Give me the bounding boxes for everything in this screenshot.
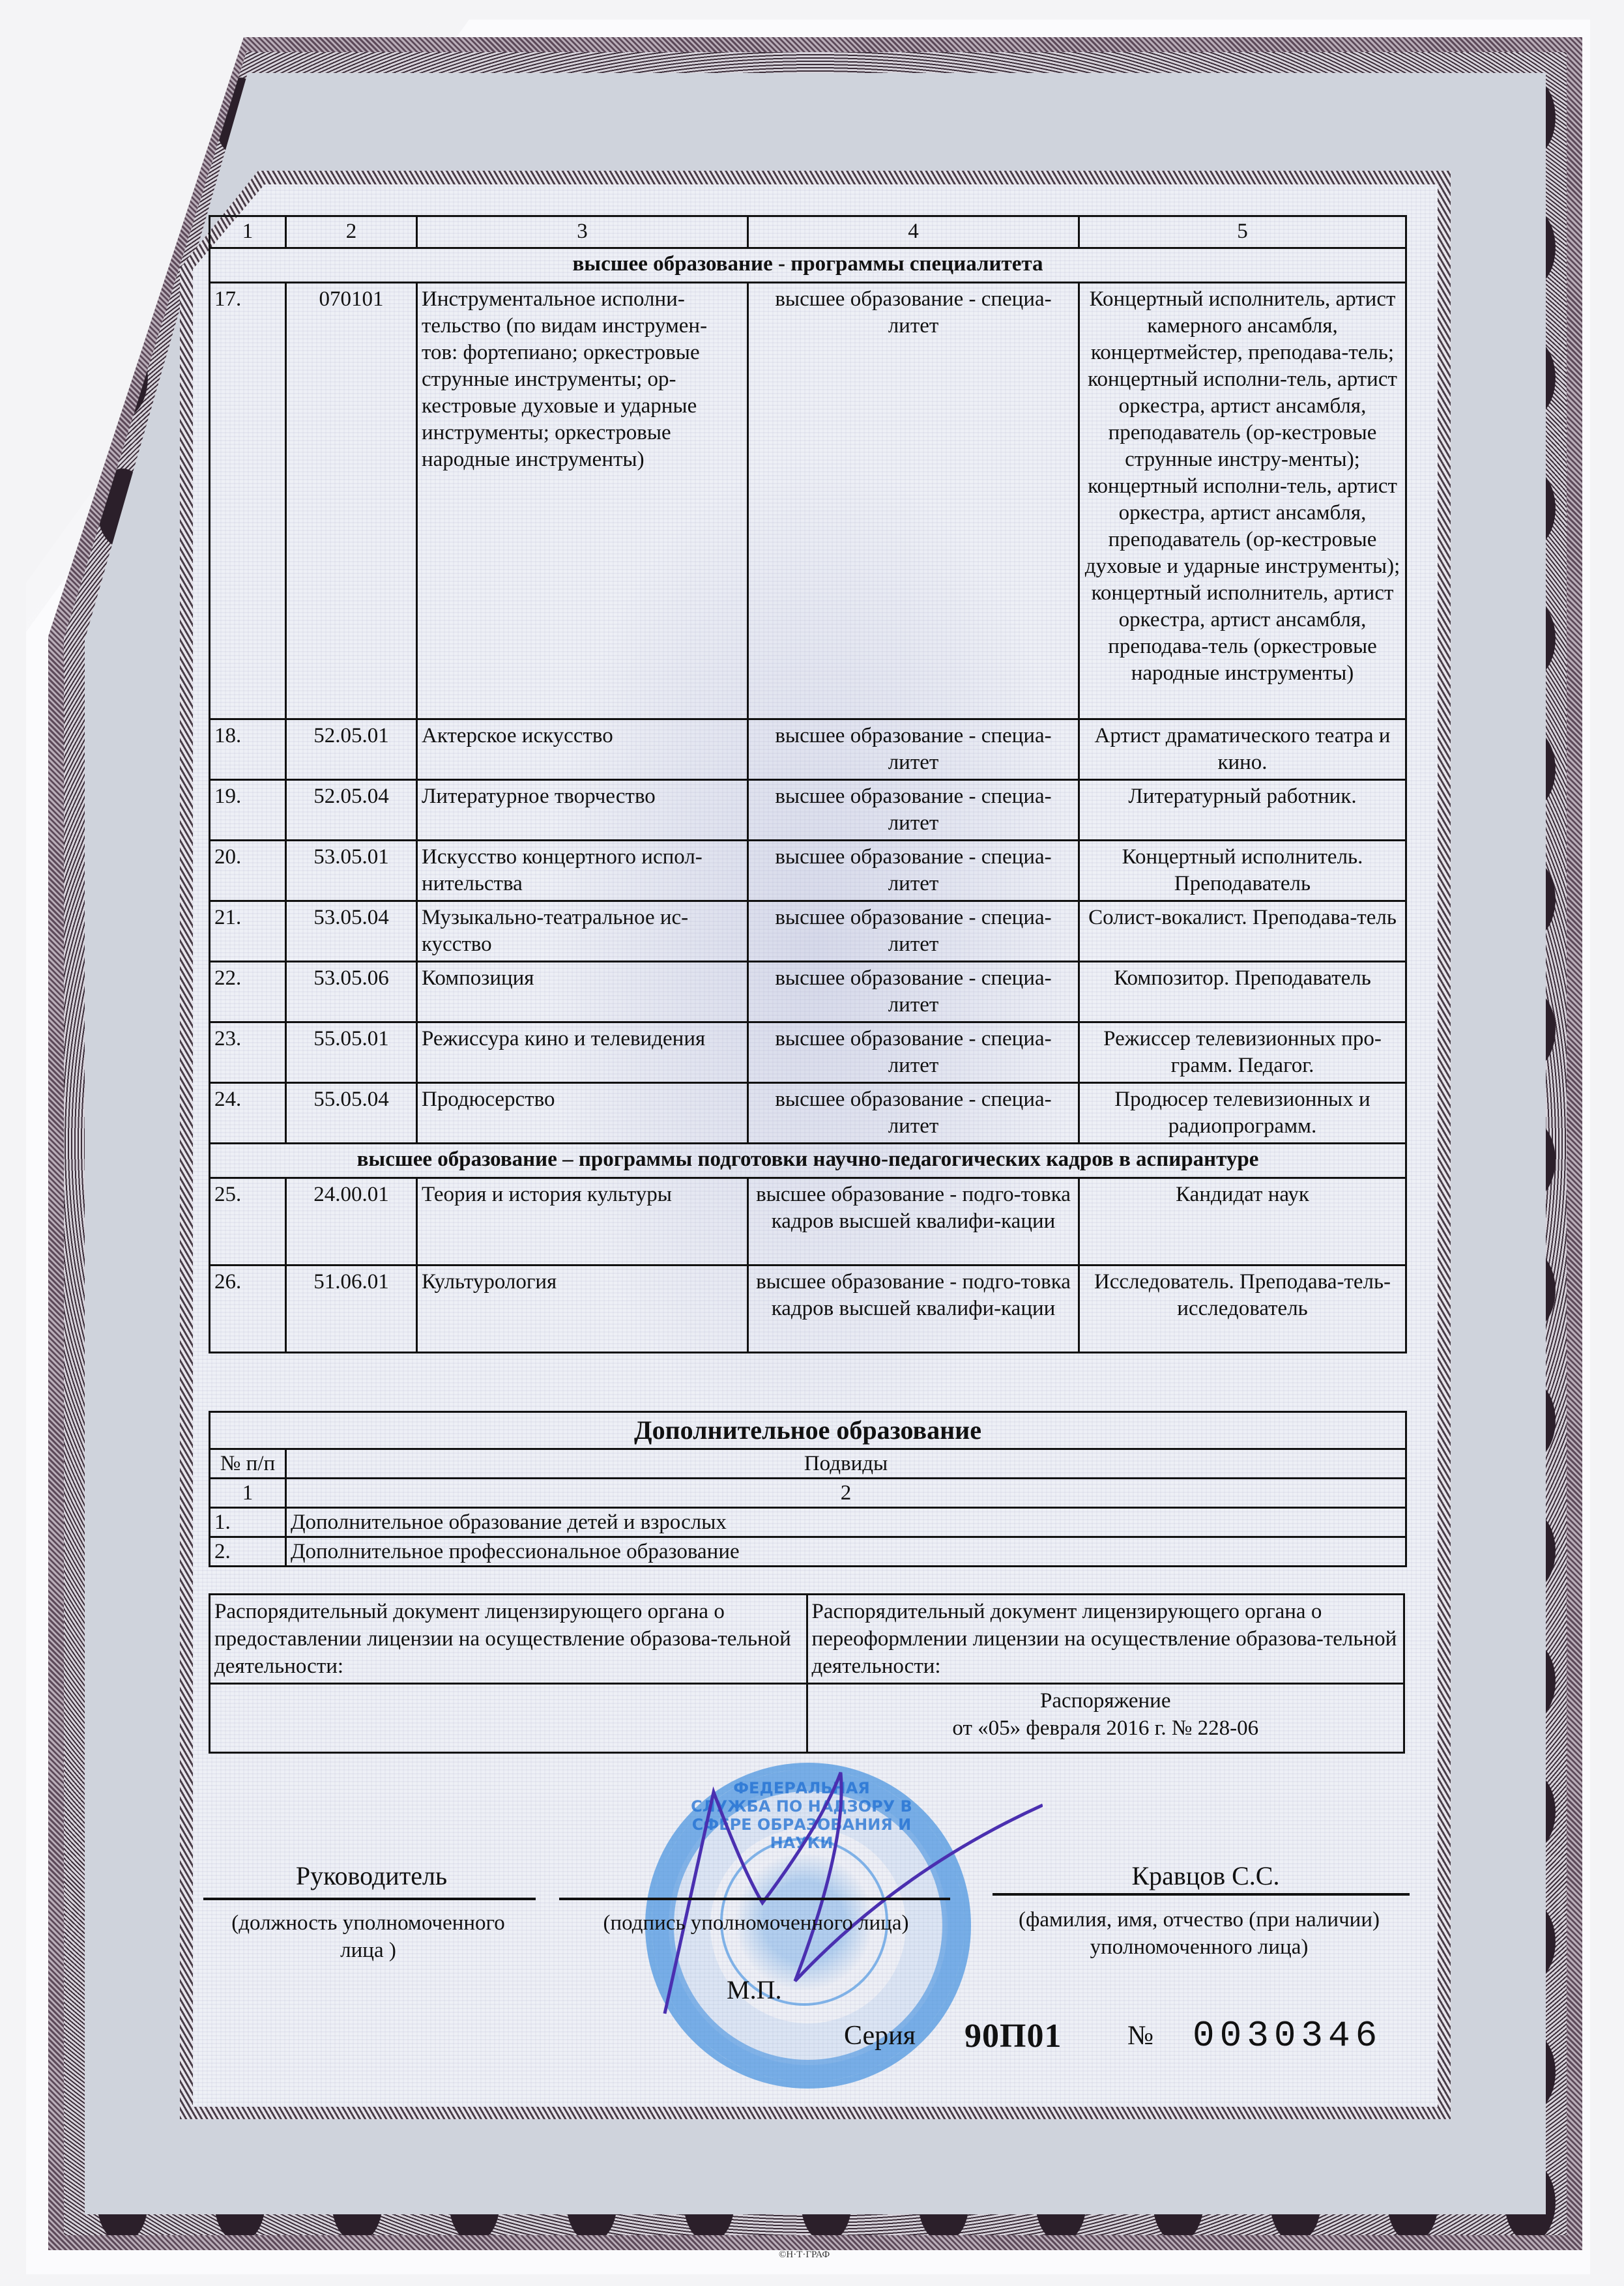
program-name: Композиция [417, 962, 748, 1022]
position-caption: (должность уполномоченного лица ) [222, 1909, 515, 1964]
program-name: Продюсерство [417, 1083, 748, 1144]
column-number: 3 [417, 216, 748, 248]
program-name: Инструментальное исполни-тельство (по ви… [417, 283, 748, 719]
row-number: 23. [210, 1022, 286, 1083]
subtype-name: Дополнительное образование детей и взрос… [286, 1508, 1406, 1537]
program-code: 55.05.04 [286, 1083, 417, 1144]
education-level: высшее образование - специа-литет [748, 901, 1079, 962]
qualification: Продюсер телевизионных и радиопрограмм. [1079, 1083, 1406, 1144]
qualification: Режиссер телевизионных про-грамм. Педаго… [1079, 1022, 1406, 1083]
table-row: 2. Дополнительное профессиональное образ… [210, 1537, 1406, 1567]
program-name: Музыкально-театральное ис-кусство [417, 901, 748, 962]
row-number: 26. [210, 1266, 286, 1353]
column-number: 1 [210, 216, 286, 248]
table-row: 17.070101Инструментальное исполни-тельст… [210, 283, 1406, 719]
signature-caption: (подпись уполномоченного лица) [560, 1909, 951, 1937]
row-number: 2. [210, 1537, 286, 1567]
row-number: 19. [210, 780, 286, 841]
qualification: Кандидат наук [1079, 1178, 1406, 1266]
row-number: 17. [210, 283, 286, 719]
column-number: 1 [210, 1479, 286, 1508]
table-row: 23.55.05.01Режиссура кино и телевиденияв… [210, 1022, 1406, 1083]
education-level: высшее образование - специа-литет [748, 719, 1079, 780]
grant-order-value [210, 1684, 807, 1753]
column-number: 2 [286, 1479, 1406, 1508]
education-level: высшее образование - специа-литет [748, 780, 1079, 841]
row-number: 22. [210, 962, 286, 1022]
program-code: 52.05.04 [286, 780, 417, 841]
section-header-row: высшее образование – программы подготовк… [210, 1144, 1406, 1178]
row-number: 25. [210, 1178, 286, 1266]
qualification: Артист драматического театра и кино. [1079, 719, 1406, 780]
column-number: 5 [1079, 216, 1406, 248]
education-level: высшее образование - подго-товка кадров … [748, 1178, 1079, 1266]
reissue-order-header: Распорядительный документ лицензирующего… [807, 1595, 1404, 1684]
qualification: Концертный исполнитель, артист камерного… [1079, 283, 1406, 719]
program-name: Культурология [417, 1266, 748, 1353]
program-name: Литературное творчество [417, 780, 748, 841]
series-value: 90П01 [964, 2017, 1062, 2055]
printer-mark: ©Н·Т·ГРАФ [779, 2250, 830, 2261]
orders-table: Распорядительный документ лицензирующего… [209, 1593, 1405, 1754]
table-row: 20.53.05.01Искусство концертного испол-н… [210, 841, 1406, 901]
row-number: 18. [210, 719, 286, 780]
education-level: высшее образование - специа-литет [748, 962, 1079, 1022]
table-row: 24.55.05.04Продюсерствовысшее образовани… [210, 1083, 1406, 1144]
program-name: Режиссура кино и телевидения [417, 1022, 748, 1083]
number-label: № [1127, 2020, 1153, 2051]
section-header-row: высшее образование - программы специалит… [210, 248, 1406, 283]
row-number: 1. [210, 1508, 286, 1537]
program-name: Теория и история культуры [417, 1178, 748, 1266]
qualification: Концертный исполнитель. Преподаватель [1079, 841, 1406, 901]
program-code: 53.05.01 [286, 841, 417, 901]
series-label: Серия [844, 2020, 916, 2051]
table-row: 25.24.00.01Теория и история культурывысш… [210, 1178, 1406, 1266]
program-code: 24.00.01 [286, 1178, 417, 1266]
row-number: 20. [210, 841, 286, 901]
education-level: высшее образование - подго-товка кадров … [748, 1266, 1079, 1353]
program-code: 53.05.06 [286, 962, 417, 1022]
education-level: высшее образование - специа-литет [748, 1022, 1079, 1083]
table-row: 1. Дополнительное образование детей и вз… [210, 1508, 1406, 1537]
program-code: 070101 [286, 283, 417, 719]
column-header-number: № п/п [210, 1449, 286, 1479]
table-row: 22.53.05.06Композициявысшее образование … [210, 962, 1406, 1022]
table-row: 26.51.06.01Культурологиявысшее образован… [210, 1266, 1406, 1353]
table-row: 21.53.05.04Музыкально-театральное ис-кус… [210, 901, 1406, 962]
column-number: 2 [286, 216, 417, 248]
row-number: 24. [210, 1083, 286, 1144]
position-line [203, 1898, 536, 1900]
programs-table: 1 2 3 4 5 высшее образование - программы… [209, 215, 1407, 1353]
grant-order-header: Распорядительный документ лицензирующего… [210, 1595, 807, 1684]
education-level: высшее образование - специа-литет [748, 841, 1079, 901]
row-number: 21. [210, 901, 286, 962]
signature-line [559, 1898, 950, 1900]
seal-mark: М.П. [727, 1975, 781, 2005]
qualification: Солист-вокалист. Преподава-тель [1079, 901, 1406, 962]
program-code: 52.05.01 [286, 719, 417, 780]
program-name: Искусство концертного испол-нительства [417, 841, 748, 901]
name-line [993, 1893, 1410, 1896]
qualification: Исследователь. Преподава-тель-исследоват… [1079, 1266, 1406, 1353]
program-name: Актерское искусство [417, 719, 748, 780]
section-title: высшее образование - программы специалит… [210, 248, 1406, 283]
qualification: Литературный работник. [1079, 780, 1406, 841]
column-header-subtypes: Подвиды [286, 1449, 1406, 1479]
reissue-order-value: Распоряжение от «05» февраля 2016 г. № 2… [807, 1684, 1404, 1753]
signature-icon [652, 1766, 1043, 2027]
column-number-row: 1 2 3 4 5 [210, 216, 1406, 248]
qualification: Композитор. Преподаватель [1079, 962, 1406, 1022]
section-title: высшее образование – программы подготовк… [210, 1144, 1406, 1178]
official-position: Руководитель [209, 1860, 534, 1891]
program-code: 53.05.04 [286, 901, 417, 962]
form-number: 0030346 [1193, 2015, 1382, 2057]
table-row: 18.52.05.01Актерское искусствовысшее обр… [210, 719, 1406, 780]
education-level: высшее образование - специа-литет [748, 283, 1079, 719]
order-date-number: от «05» февраля 2016 г. № 228-06 [812, 1714, 1400, 1742]
name-caption: (фамилия, имя, отчество (при наличии) уп… [984, 1906, 1414, 1961]
supplementary-education-table: Дополнительное образование № п/п Подвиды… [209, 1411, 1407, 1567]
table-row: 19.52.05.04Литературное творчествовысшее… [210, 780, 1406, 841]
order-type: Распоряжение [812, 1687, 1400, 1714]
education-level: высшее образование - специа-литет [748, 1083, 1079, 1144]
subtype-name: Дополнительное профессиональное образова… [286, 1537, 1406, 1567]
official-name: Кравцов С.С. [991, 1860, 1421, 1891]
supplementary-title: Дополнительное образование [210, 1412, 1406, 1449]
column-number: 4 [748, 216, 1079, 248]
program-code: 55.05.01 [286, 1022, 417, 1083]
program-code: 51.06.01 [286, 1266, 417, 1353]
